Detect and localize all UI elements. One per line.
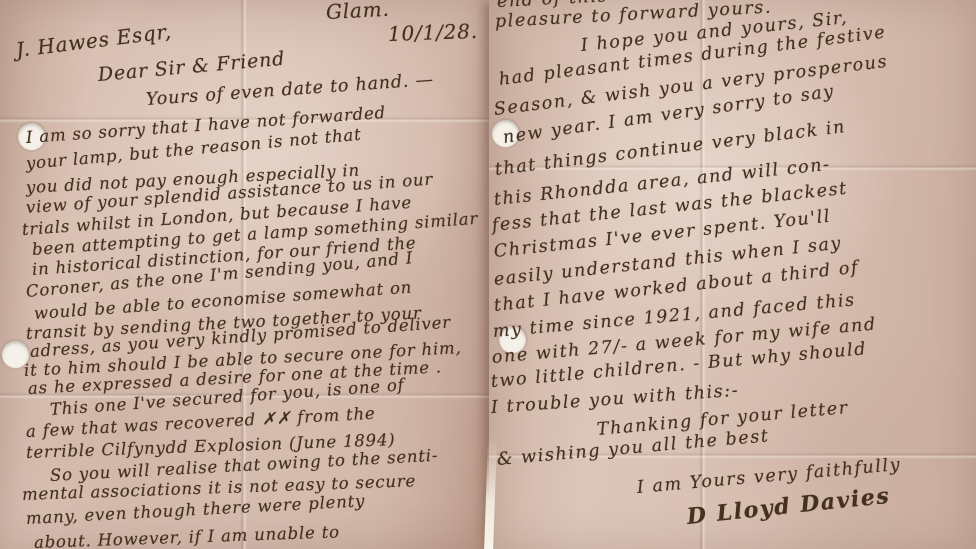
letter-place: Glam.: [325, 0, 390, 24]
letter-line: about. However, if I am unable to: [34, 522, 340, 549]
letter-salutation: Dear Sir & Friend: [97, 48, 286, 86]
letter-page-right: end of thispleasure to forward yours.I h…: [489, 0, 976, 549]
letter-date: 10/1/28.: [388, 19, 479, 46]
letter-recipient: J. Hawes Esqr,: [15, 19, 173, 62]
letter-photo: Glam.10/1/28.J. Hawes Esqr,Dear Sir & Fr…: [0, 0, 976, 549]
letter-page-left: Glam.10/1/28.J. Hawes Esqr,Dear Sir & Fr…: [0, 0, 489, 549]
